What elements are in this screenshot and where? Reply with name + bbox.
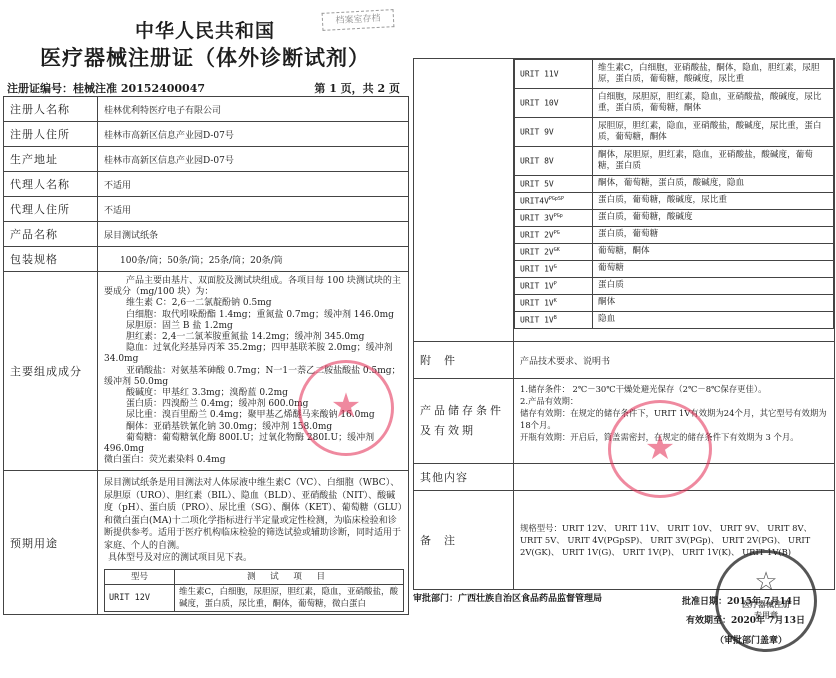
intended-use-content: 尿目测试纸条是用目测法对人体尿液中维生素C（VC）、白细胞（WBC）、尿胆原（U… [98, 471, 409, 615]
info-row: 产品名称 尿目测试纸条 [4, 222, 409, 247]
model-row: URIT 8V 酮体，尿胆原，胆红素，隐血，亚硝酸盐，酸碱度，葡萄糖，蛋白质 [515, 147, 834, 176]
model-row: URIT 1VB 隐血 [515, 312, 834, 329]
model-row: URIT 2VGK 葡萄糖，酮体 [515, 244, 834, 261]
composition-last-line: 微白蛋白：荧光素染料 0.4mg [104, 455, 402, 466]
info-value: 桂林优利特医疗电子有限公司 [98, 97, 409, 122]
model-name: URIT 12V [105, 585, 175, 612]
red-seal-right: ★ [608, 400, 712, 498]
info-label: 注册人住所 [4, 122, 98, 147]
info-value: 尿目测试纸条 [98, 222, 409, 247]
other-label: 其他内容 [414, 464, 514, 491]
composition-line: 白细胞：取代吲哚酚酯 1.4mg；重氮盐 0.7mg；缓冲剂 146.0mg [104, 310, 402, 321]
model-name: URIT 11V [515, 60, 593, 89]
composition-line: 尿胆原：固兰 B 盐 1.2mg [104, 321, 402, 332]
intended-use-label: 预期用途 [4, 471, 98, 615]
model-name: URIT 5V [515, 176, 593, 193]
model-name: URIT4VPGpSP [515, 193, 593, 210]
model-items: 维生素C，白细胞，尿胆原，胆红素，隐血，亚硝酸盐，酸碱度，蛋白质，尿比重，酮体，… [175, 585, 404, 612]
approving-department: 审批部门：广西壮族自治区食品药品监督管理局 [413, 591, 602, 604]
model-items: 葡萄糖 [593, 261, 834, 278]
composition-intro: 产品主要由基片、双面胶及测试块组成。各项目每 100 块测试块的主要成分（mg/… [104, 276, 402, 298]
attachment-label: 附 件 [414, 342, 514, 379]
info-row: 代理人住所 不适用 [4, 197, 409, 222]
left-registration-table: 注册人名称 桂林优利特医疗电子有限公司注册人住所 桂林市高新区信息产业园D-07… [3, 96, 409, 615]
info-row: 包装规格 100条/筒；50条/筒；25条/筒；20条/筒 [4, 247, 409, 272]
models-table: URIT 11V 维生素C，白细胞，亚硝酸盐，酮体，隐血，胆红素，尿胆原，蛋白质… [514, 59, 834, 329]
attachment-row: 附 件 产品技术要求、说明书 [414, 342, 835, 379]
model-items: 尿胆原，胆红素，隐血，亚硝酸盐，酸碱度，尿比重，蛋白质，葡萄糖，酮体 [593, 118, 834, 147]
model-row: URIT 1VK 酮体 [515, 295, 834, 312]
black-official-seal: ☆ 医疗器械注册专用章 [715, 550, 817, 652]
info-label: 代理人名称 [4, 172, 98, 197]
model-row: URIT 5V 酮体，葡萄糖，蛋白质，酸碱度，隐血 [515, 176, 834, 193]
right-registration-table: URIT 11V 维生素C，白细胞，亚硝酸盐，酮体，隐血，胆红素，尿胆原，蛋白质… [413, 58, 835, 590]
document-title: 医疗器械注册证（体外诊断试剂） [0, 42, 410, 72]
model-name: URIT 1VG [515, 261, 593, 278]
model-name: URIT 10V [515, 89, 593, 118]
composition-label: 主要组成成分 [4, 272, 98, 471]
info-label: 注册人名称 [4, 97, 98, 122]
info-row: 注册人住所 桂林市高新区信息产业园D-07号 [4, 122, 409, 147]
info-value: 不适用 [98, 197, 409, 222]
model-row: URIT4VPGpSP 蛋白质，葡萄糖，酸碱度，尿比重 [515, 193, 834, 210]
model-items: 葡萄糖，酮体 [593, 244, 834, 261]
info-label: 产品名称 [4, 222, 98, 247]
storage-label: 产品储存条件及有效期 [414, 379, 514, 464]
model-items: 白细胞，尿胆原，胆红素，隐血，亚硝酸盐，酸碱度，尿比重，蛋白质，葡萄糖，酮体 [593, 89, 834, 118]
model-row: URIT 10V 白细胞，尿胆原，胆红素，隐血，亚硝酸盐，酸碱度，尿比重，蛋白质… [515, 89, 834, 118]
models-continuation-row: URIT 11V 维生素C，白细胞，亚硝酸盐，酮体，隐血，胆红素，尿胆原，蛋白质… [414, 59, 835, 342]
info-row: 生产地址 桂林市高新区信息产业园D-07号 [4, 147, 409, 172]
red-seal-left: ★ [298, 360, 394, 456]
page-indicator: 第 1 页，共 2 页 [314, 80, 400, 96]
info-row: 代理人名称 不适用 [4, 172, 409, 197]
model-header-items: 测 试 项 目 [175, 569, 404, 585]
model-items: 酮体 [593, 295, 834, 312]
model-name: URIT 8V [515, 147, 593, 176]
model-items: 蛋白质，葡萄糖，酸碱度 [593, 210, 834, 227]
model-items: 隐血 [593, 312, 834, 329]
attachment-value: 产品技术要求、说明书 [514, 342, 835, 379]
model-items: 维生素C，白细胞，亚硝酸盐，酮体，隐血，胆红素，尿胆原，蛋白质，葡萄糖，酸碱度，… [593, 60, 834, 89]
composition-line: 胆红素：2,4一二氯苯胺重氮盐 14.2mg；缓冲剂 345.0mg [104, 332, 402, 343]
archive-stamp: 档案室存档 [322, 9, 395, 31]
info-value: 不适用 [98, 172, 409, 197]
info-value: 100条/筒；50条/筒；25条/筒；20条/筒 [98, 247, 409, 272]
intended-use-note: 具体型号及对应的测试项目见下表。 [104, 552, 404, 565]
storage-line: 1.储存条件： 2℃－30℃干燥处避光保存（2℃－8℃保存更佳）。 [520, 383, 828, 395]
model-name: URIT 2VGK [515, 244, 593, 261]
model-items: 酮体，尿胆原，胆红素，隐血，亚硝酸盐，酸碱度，葡萄糖，蛋白质 [593, 147, 834, 176]
model-row: URIT 3VPGp 蛋白质，葡萄糖，酸碱度 [515, 210, 834, 227]
models-continuation-cell: URIT 11V 维生素C，白细胞，亚硝酸盐，酮体，隐血，胆红素，尿胆原，蛋白质… [514, 59, 835, 342]
model-items: 蛋白质，葡萄糖，酸碱度，尿比重 [593, 193, 834, 210]
info-row: 注册人名称 桂林优利特医疗电子有限公司 [4, 97, 409, 122]
intended-use-row: 预期用途 尿目测试纸条是用目测法对人体尿液中维生素C（VC）、白细胞（WBC）、… [4, 471, 409, 615]
composition-line: 维生素 C：2,6一二氯靛酚钠 0.5mg [104, 298, 402, 309]
model-items: 酮体，葡萄糖，蛋白质，酸碱度，隐血 [593, 176, 834, 193]
model-name: URIT 1VB [515, 312, 593, 329]
registration-number: 注册证编号：桂械注准 20152400047 [7, 80, 205, 96]
model-row: URIT 1VG 葡萄糖 [515, 261, 834, 278]
model-header-model: 型号 [105, 569, 175, 585]
model-items: 蛋白质，葡萄糖 [593, 227, 834, 244]
models-continuation-blank [414, 59, 514, 342]
model-row: URIT 2VPG 蛋白质，葡萄糖 [515, 227, 834, 244]
model-name: URIT 1VP [515, 278, 593, 295]
model-row: URIT 9V 尿胆原，胆红素，隐血，亚硝酸盐，酸碱度，尿比重，蛋白质，葡萄糖，… [515, 118, 834, 147]
model-table-first: 型号 测 试 项 目 URIT 12V 维生素C，白细胞，尿胆原，胆红素，隐血，… [104, 569, 404, 613]
registration-label: 注册证编号： [7, 82, 73, 95]
model-items: 蛋白质 [593, 278, 834, 295]
model-row: URIT 11V 维生素C，白细胞，亚硝酸盐，酮体，隐血，胆红素，尿胆原，蛋白质… [515, 60, 834, 89]
info-label: 包装规格 [4, 247, 98, 272]
remarks-label: 备 注 [414, 491, 514, 590]
model-name: URIT 3VPGp [515, 210, 593, 227]
info-label: 生产地址 [4, 147, 98, 172]
info-value: 桂林市高新区信息产业园D-07号 [98, 147, 409, 172]
model-name: URIT 9V [515, 118, 593, 147]
model-name: URIT 1VK [515, 295, 593, 312]
seal-text: 医疗器械注册专用章 [741, 599, 791, 621]
info-label: 代理人住所 [4, 197, 98, 222]
registration-value: 桂械注准 20152400047 [73, 82, 205, 95]
model-row: URIT 1VP 蛋白质 [515, 278, 834, 295]
intended-use-text: 尿目测试纸条是用目测法对人体尿液中维生素C（VC）、白细胞（WBC）、尿胆原（U… [104, 477, 404, 552]
info-value: 桂林市高新区信息产业园D-07号 [98, 122, 409, 147]
model-name: URIT 2VPG [515, 227, 593, 244]
